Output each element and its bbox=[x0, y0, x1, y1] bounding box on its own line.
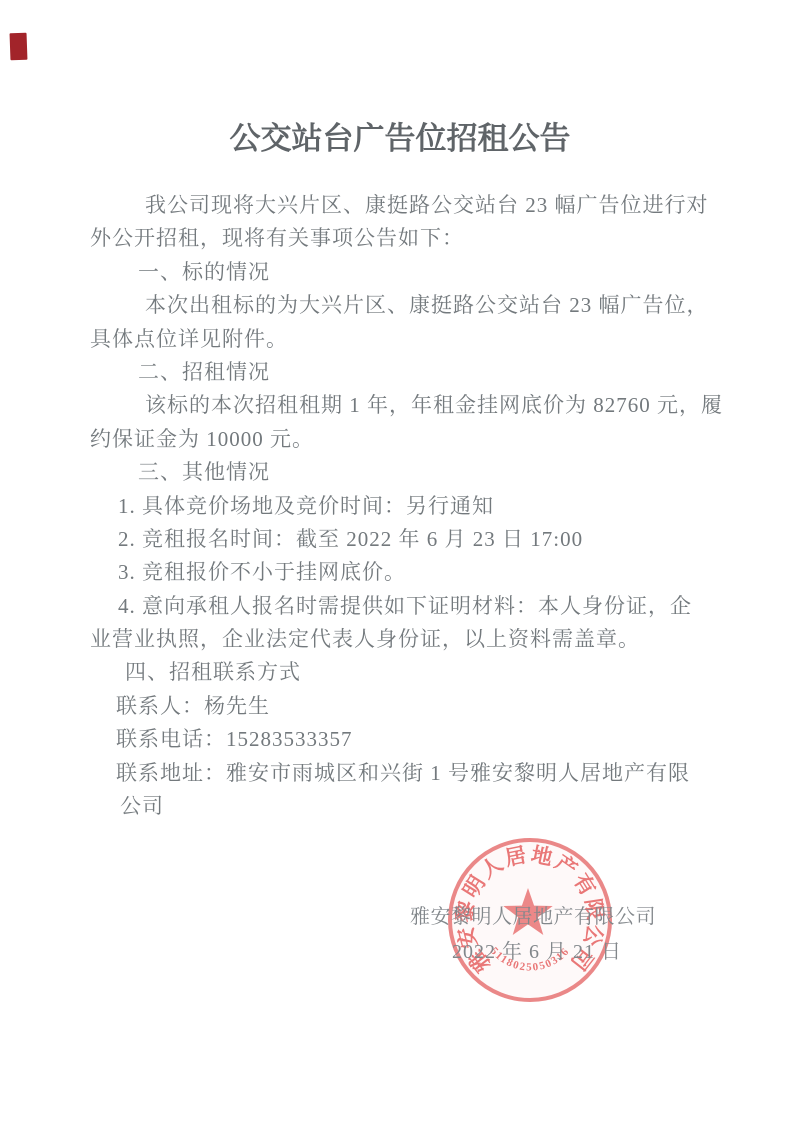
section-heading: 一、标的情况 bbox=[90, 256, 750, 289]
section-heading: 二、招租情况 bbox=[90, 356, 750, 389]
body-line: 具体点位详见附件。 bbox=[90, 323, 750, 356]
list-item: 3. 竞租报价不小于挂网底价。 bbox=[90, 556, 750, 589]
body-line: 约保证金为 10000 元。 bbox=[90, 423, 750, 456]
body-line: 该标的本次招租租期 1 年，年租金挂网底价为 82760 元，履 bbox=[90, 389, 750, 422]
list-item: 2. 竞租报名时间：截至 2022 年 6 月 23 日 17:00 bbox=[90, 523, 750, 556]
list-item-continuation: 业营业执照，企业法定代表人身份证，以上资料需盖章。 bbox=[90, 623, 750, 656]
body-line: 外公开招租，现将有关事项公告如下： bbox=[90, 222, 750, 255]
contact-phone-line: 联系电话：15283533357 bbox=[90, 723, 750, 756]
document-body: 我公司现将大兴片区、康挺路公交站台 23 幅广告位进行对 外公开招租，现将有关事… bbox=[90, 189, 750, 823]
contact-person-line: 联系人：杨先生 bbox=[90, 690, 750, 723]
corner-red-mark bbox=[10, 33, 28, 61]
body-line: 我公司现将大兴片区、康挺路公交站台 23 幅广告位进行对 bbox=[90, 189, 750, 222]
body-line: 本次出租标的为大兴片区、康挺路公交站台 23 幅广告位， bbox=[90, 289, 750, 322]
section-heading: 三、其他情况 bbox=[90, 456, 750, 489]
list-item: 1. 具体竞价场地及竞价时间：另行通知 bbox=[90, 490, 750, 523]
section-heading: 四、招租联系方式 bbox=[90, 656, 750, 689]
document-page: 公交站台广告位招租公告 我公司现将大兴片区、康挺路公交站台 23 幅广告位进行对… bbox=[0, 0, 800, 1132]
list-item: 4. 意向承租人报名时需提供如下证明材料：本人身份证，企 bbox=[90, 590, 750, 623]
signature-date: 2022 年 6 月 21 日 bbox=[452, 935, 622, 964]
contact-address-continuation: 公司 bbox=[90, 790, 750, 823]
contact-address-line: 联系地址：雅安市雨城区和兴街 1 号雅安黎明人居地产有限 bbox=[90, 757, 750, 790]
signature-company-name: 雅安黎明人居地产有限公司 bbox=[410, 900, 656, 929]
document-title: 公交站台广告位招租公告 bbox=[0, 113, 800, 158]
